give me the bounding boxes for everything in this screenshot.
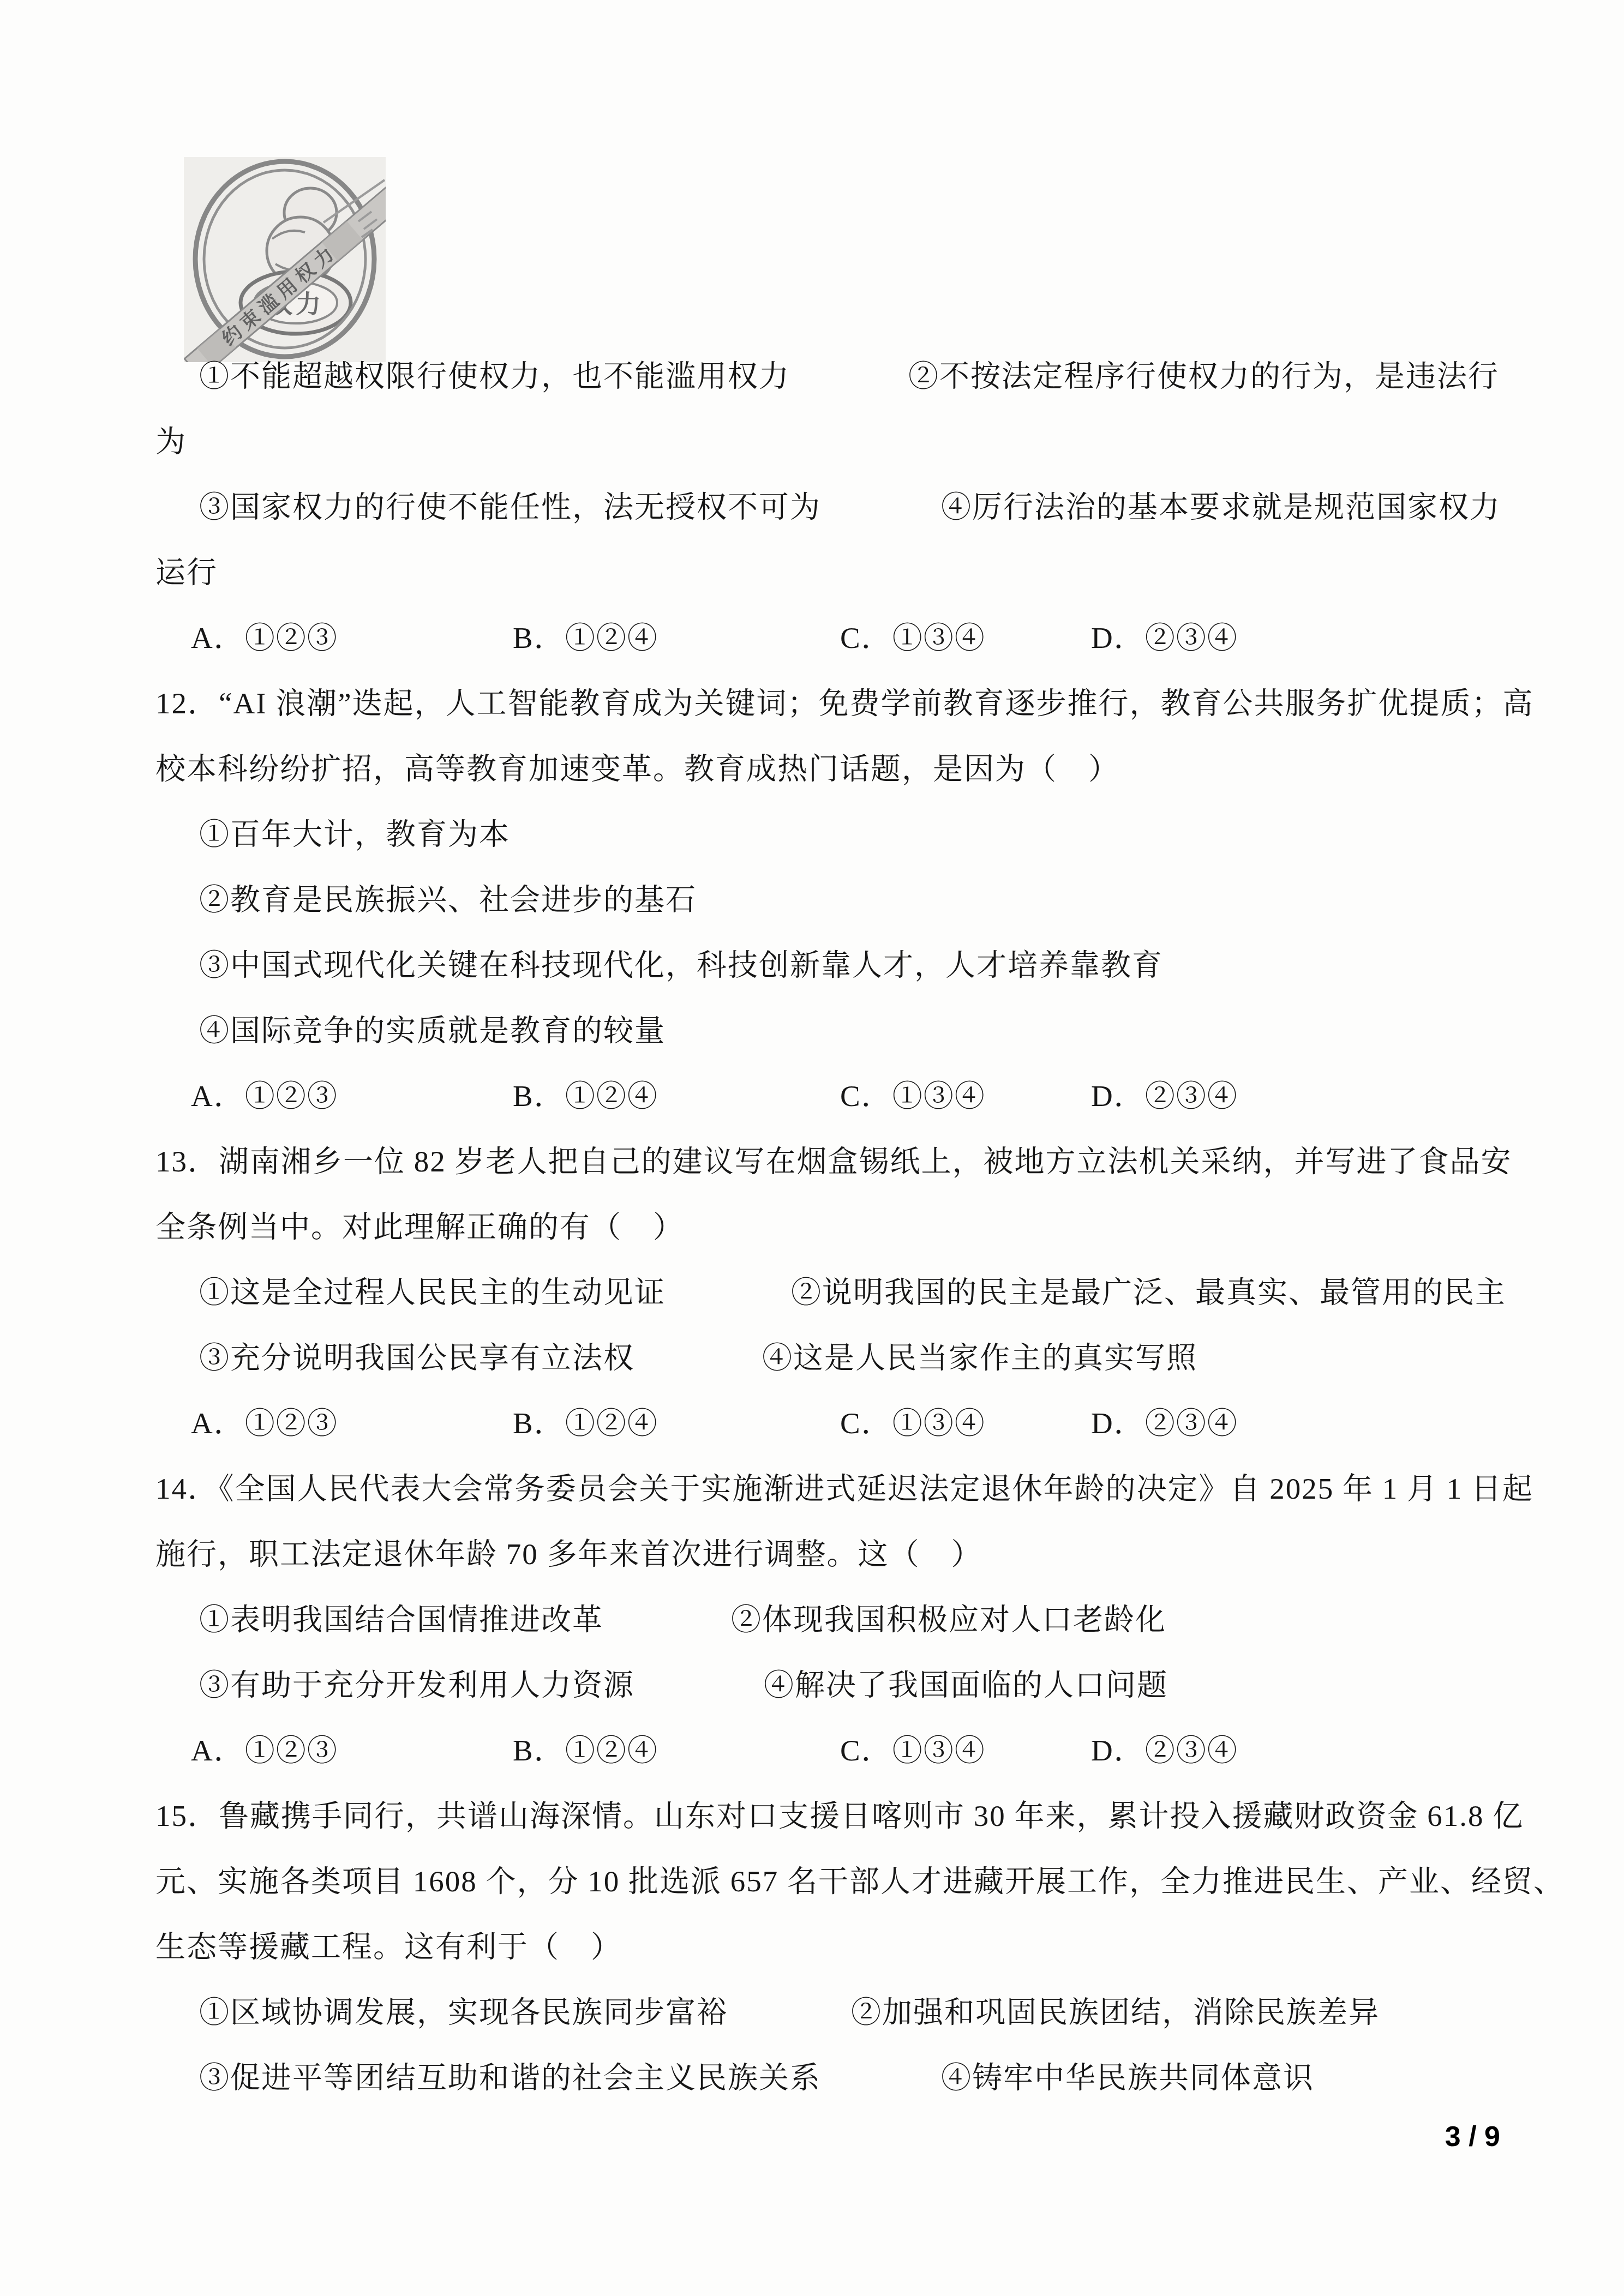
choice-a: A．①②③ xyxy=(191,1391,338,1456)
choice-a: A．①②③ xyxy=(191,605,338,671)
choice-d: D．②③④ xyxy=(1091,1391,1238,1456)
choice-b: B．①②④ xyxy=(513,1063,658,1129)
exam-paper-page: 权力 约束滥用权力 xyxy=(0,0,1624,2296)
q13-stem-line-2: 全条例当中。对此理解正确的有（ ） xyxy=(155,1194,1476,1260)
q11-answer-choices: A．①②③ B．①②④ C．①③④ D．②③④ xyxy=(155,605,1476,671)
q11-option-2-continuation: 为 xyxy=(155,409,1476,474)
q11-option-3: ③国家权力的行使不能任性，法无授权不可为 xyxy=(199,490,821,524)
q15-option-1: ①区域协调发展，实现各民族同步富裕 xyxy=(199,1996,728,2029)
q13-option-3: ③充分说明我国公民享有立法权 xyxy=(199,1341,634,1374)
q13-option-2: ②说明我国的民主是最广泛、最真实、最管用的民主 xyxy=(791,1260,1506,1325)
choice-a: A．①②③ xyxy=(191,1718,338,1783)
q15-option-3: ③促进平等团结互助和谐的社会主义民族关系 xyxy=(199,2061,821,2094)
q13-option-pair-1: ①这是全过程人民民主的生动见证 ②说明我国的民主是最广泛、最真实、最管用的民主 xyxy=(155,1260,1476,1325)
q15-stem-line-3: 生态等援藏工程。这有利于（ ） xyxy=(155,1914,1476,1980)
q11-option-2: ②不按法定程序行使权力的行为，是违法行 xyxy=(908,344,1499,409)
q12-option-1: ①百年大计，教育为本 xyxy=(155,802,1476,867)
choice-c: C．①③④ xyxy=(840,605,986,671)
choice-d: D．②③④ xyxy=(1091,1063,1238,1129)
q12-option-4: ④国际竞争的实质就是教育的较量 xyxy=(155,998,1476,1063)
q14-option-pair-1: ①表明我国结合国情推进改革 ②体现我国积极应对人口老龄化 xyxy=(155,1587,1476,1652)
choice-c: C．①③④ xyxy=(840,1718,986,1783)
q14-option-pair-2: ③有助于充分开发利用人力资源 ④解决了我国面临的人口问题 xyxy=(155,1652,1476,1718)
choice-b: B．①②④ xyxy=(513,1391,658,1456)
q15-stem-line-2: 元、实施各类项目 1608 个，分 10 批选派 657 名干部人才进藏开展工作… xyxy=(155,1849,1476,1914)
q14-option-2: ②体现我国积极应对人口老龄化 xyxy=(731,1587,1166,1652)
q13-answer-choices: A．①②③ B．①②④ C．①③④ D．②③④ xyxy=(155,1391,1476,1456)
q11-option-pair-1: ①不能超越权限行使权力，也不能滥用权力 ②不按法定程序行使权力的行为，是违法行 xyxy=(155,344,1476,409)
power-stamp-cartoon: 权力 约束滥用权力 xyxy=(184,157,386,362)
q14-stem-line-1: 14．《全国人民代表大会常务委员会关于实施渐进式延迟法定退休年龄的决定》自 20… xyxy=(155,1456,1476,1522)
q14-stem-line-2: 施行，职工法定退休年龄 70 多年来首次进行调整。这（ ） xyxy=(155,1522,1476,1587)
no-abuse-of-power-illustration: 权力 约束滥用权力 xyxy=(184,157,386,362)
question-list: ①不能超越权限行使权力，也不能滥用权力 ②不按法定程序行使权力的行为，是违法行 … xyxy=(155,344,1476,2111)
choice-d: D．②③④ xyxy=(1091,605,1238,671)
q11-option-4-continuation: 运行 xyxy=(155,540,1476,605)
q15-stem-line-1: 15．鲁藏携手同行，共谱山海深情。山东对口支援日喀则市 30 年来，累计投入援藏… xyxy=(155,1783,1476,1849)
choice-a: A．①②③ xyxy=(191,1063,338,1129)
q11-option-4: ④厉行法治的基本要求就是规范国家权力 xyxy=(941,474,1501,540)
q15-option-4: ④铸牢中华民族共同体意识 xyxy=(941,2045,1314,2111)
q14-answer-choices: A．①②③ B．①②④ C．①③④ D．②③④ xyxy=(155,1718,1476,1783)
q13-option-1: ①这是全过程人民民主的生动见证 xyxy=(199,1276,666,1309)
q11-option-pair-2: ③国家权力的行使不能任性，法无授权不可为 ④厉行法治的基本要求就是规范国家权力 xyxy=(155,474,1476,540)
q12-option-3: ③中国式现代化关键在科技现代化，科技创新靠人才，人才培养靠教育 xyxy=(155,933,1476,998)
page-number: 3 / 9 xyxy=(1445,2120,1500,2153)
q14-option-1: ①表明我国结合国情推进改革 xyxy=(199,1603,603,1636)
q13-stem-line-1: 13．湖南湘乡一位 82 岁老人把自己的建议写在烟盒锡纸上，被地方立法机关采纳，… xyxy=(155,1129,1476,1194)
q11-option-1: ①不能超越权限行使权力，也不能滥用权力 xyxy=(199,359,790,393)
choice-d: D．②③④ xyxy=(1091,1718,1238,1783)
choice-c: C．①③④ xyxy=(840,1063,986,1129)
q12-stem-line-2: 校本科纷纷扩招，高等教育加速变革。教育成热门话题，是因为（ ） xyxy=(155,736,1476,802)
q15-option-pair-2: ③促进平等团结互助和谐的社会主义民族关系 ④铸牢中华民族共同体意识 xyxy=(155,2045,1476,2111)
q12-answer-choices: A．①②③ B．①②④ C．①③④ D．②③④ xyxy=(155,1063,1476,1129)
choice-b: B．①②④ xyxy=(513,1718,658,1783)
q12-option-2: ②教育是民族振兴、社会进步的基石 xyxy=(155,867,1476,933)
q15-option-2: ②加强和巩固民族团结，消除民族差异 xyxy=(851,1980,1380,2045)
q15-option-pair-1: ①区域协调发展，实现各民族同步富裕 ②加强和巩固民族团结，消除民族差异 xyxy=(155,1980,1476,2045)
choice-c: C．①③④ xyxy=(840,1391,986,1456)
choice-b: B．①②④ xyxy=(513,605,658,671)
q14-option-3: ③有助于充分开发利用人力资源 xyxy=(199,1668,634,1702)
q13-option-4: ④这是人民当家作主的真实写照 xyxy=(762,1325,1197,1391)
q12-stem-line-1: 12．“AI 浪潮”迭起，人工智能教育成为关键词；免费学前教育逐步推行，教育公共… xyxy=(155,671,1476,736)
q14-option-4: ④解决了我国面临的人口问题 xyxy=(764,1652,1168,1718)
q13-option-pair-2: ③充分说明我国公民享有立法权 ④这是人民当家作主的真实写照 xyxy=(155,1325,1476,1391)
